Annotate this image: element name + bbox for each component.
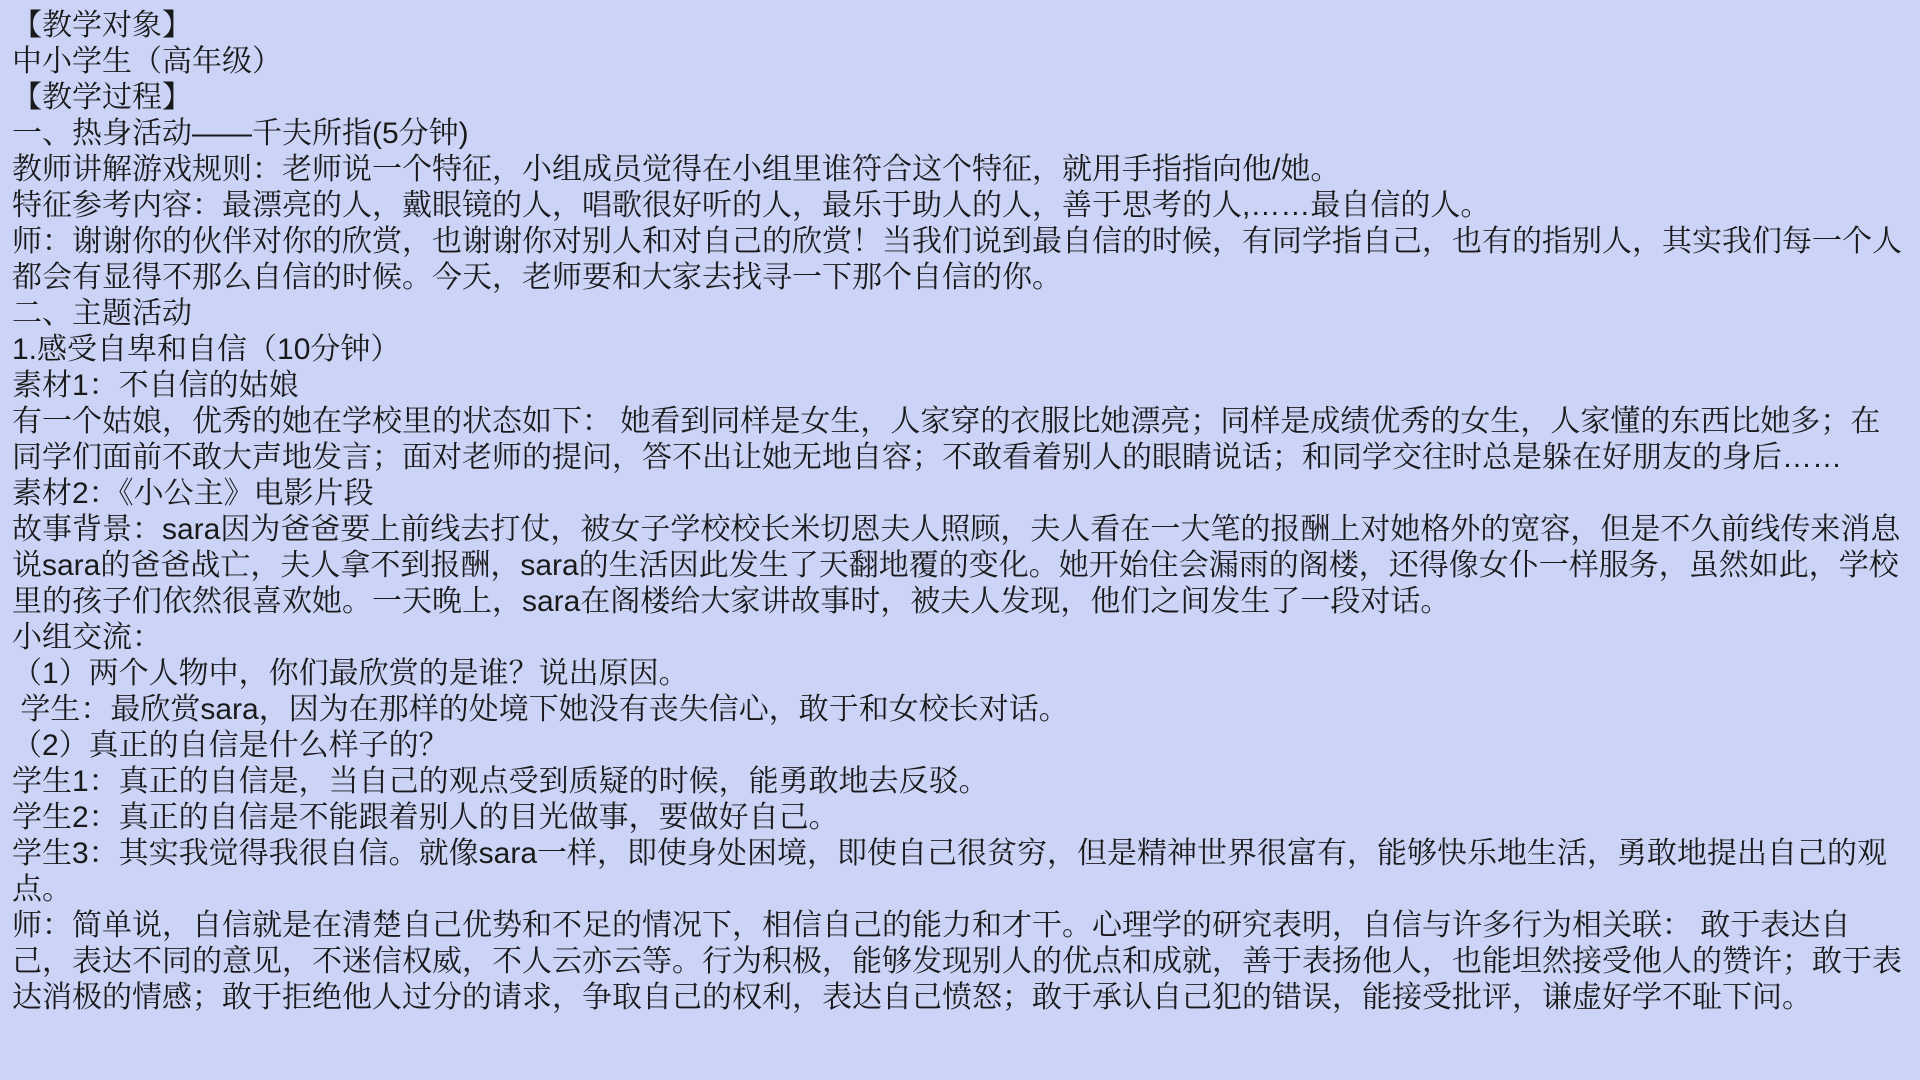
heading-activity-1: 1.感受自卑和自信（10分钟）	[12, 332, 1908, 368]
text-question-2: （2）真正的自信是什么样子的？	[12, 728, 1908, 764]
text-student-3-answer: 学生3：其实我觉得我很自信。就像sara一样，即使身处困境，即使自己很贫穷，但是…	[12, 836, 1908, 908]
text-teaching-object-value: 中小学生（高年级）	[12, 44, 1908, 80]
heading-material-2: 素材2：《小公主》电影片段	[12, 476, 1908, 512]
heading-material-1: 素材1：不自信的姑娘	[12, 368, 1908, 404]
text-question-1: （1）两个人物中，你们最欣赏的是谁？说出原因。	[12, 656, 1908, 692]
heading-group-discussion: 小组交流：	[12, 620, 1908, 656]
text-feature-reference: 特征参考内容：最漂亮的人，戴眼镜的人，唱歌很好听的人，最乐于助人的人，善于思考的…	[12, 188, 1908, 224]
text-teacher-intro: 师：谢谢你的伙伴对你的欣赏，也谢谢你对别人和对自己的欣赏！当我们说到最自信的时候…	[12, 224, 1908, 296]
text-material-2-background: 故事背景：sara因为爸爸要上前线去打仗，被女子学校校长米切恩夫人照顾，夫人看在…	[12, 512, 1908, 620]
text-student-answer-q1: 学生：最欣赏sara，因为在那样的处境下她没有丧失信心，敢于和女校长对话。	[12, 692, 1908, 728]
text-student-2-answer: 学生2：真正的自信是不能跟着别人的目光做事，要做好自己。	[12, 800, 1908, 836]
text-student-1-answer: 学生1：真正的自信是，当自己的观点受到质疑的时候，能勇敢地去反驳。	[12, 764, 1908, 800]
lesson-plan-document: 【教学对象】 中小学生（高年级） 【教学过程】 一、热身活动——千夫所指(5分钟…	[0, 0, 1920, 1080]
heading-teaching-object: 【教学对象】	[12, 8, 1908, 44]
heading-warmup-activity: 一、热身活动——千夫所指(5分钟)	[12, 116, 1908, 152]
heading-theme-activity: 二、主题活动	[12, 296, 1908, 332]
text-teacher-summary: 师：简单说，自信就是在清楚自己优势和不足的情况下，相信自己的能力和才干。心理学的…	[12, 908, 1908, 1016]
heading-teaching-process: 【教学过程】	[12, 80, 1908, 116]
text-material-1-story: 有一个姑娘，优秀的她在学校里的状态如下： 她看到同样是女生，人家穿的衣服比她漂亮…	[12, 404, 1908, 476]
text-game-rules: 教师讲解游戏规则：老师说一个特征，小组成员觉得在小组里谁符合这个特征，就用手指指…	[12, 152, 1908, 188]
